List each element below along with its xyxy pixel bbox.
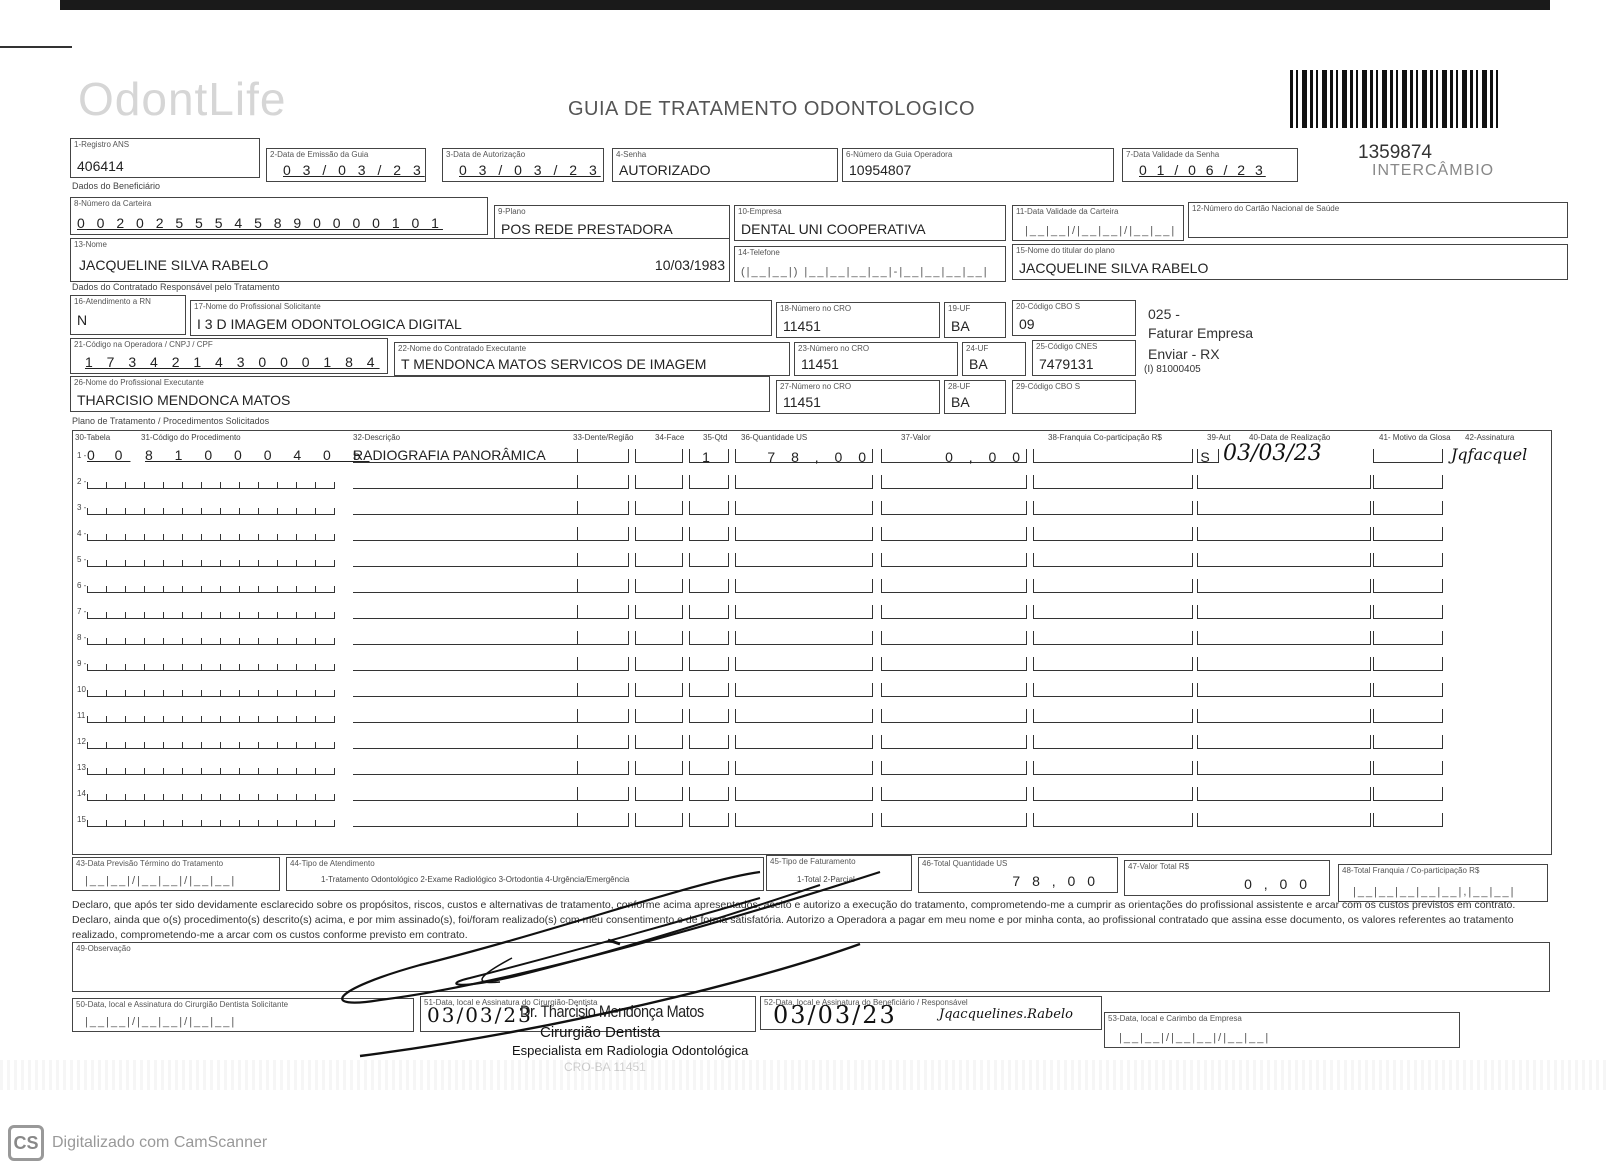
col-header: 37-Valor — [901, 433, 931, 442]
camscanner-footer: CS Digitalizado com CamScanner — [8, 1124, 267, 1162]
field-tipo-atendimento: 44-Tipo de Atendimento 1-Tratamento Odon… — [286, 857, 764, 891]
date-cells — [1197, 709, 1371, 723]
face — [635, 657, 683, 671]
procedure-description — [353, 603, 581, 619]
date-cells — [1197, 501, 1371, 515]
procedure-row: 5 - — [73, 547, 1553, 573]
col-header: 30-Tabela — [75, 433, 110, 442]
col-header: 32-Descrição — [353, 433, 400, 442]
field-label: 18-Número no CRO — [780, 304, 851, 313]
field-value: N — [77, 312, 87, 328]
face — [635, 475, 683, 489]
franchise-cells — [1033, 709, 1193, 723]
date-cells — [1197, 735, 1371, 749]
tooth-region — [577, 579, 629, 593]
side-note-send: Enviar - RX — [1148, 346, 1220, 362]
row-number: 13 — [77, 763, 86, 772]
tooth-region — [577, 605, 629, 619]
field-data-emissao: 2-Data de Emissão da Guia 0 3 / 0 3 / 2 … — [266, 148, 426, 182]
franchise-cells — [1033, 553, 1193, 567]
code-cells — [87, 631, 335, 645]
section-contratado: Dados do Contratado Responsável pelo Tra… — [72, 282, 280, 292]
tooth-region — [577, 813, 629, 827]
face — [635, 683, 683, 697]
procedure-description — [353, 629, 581, 645]
field-label: 23-Número no CRO — [798, 344, 869, 353]
date-cells — [1197, 527, 1371, 541]
quantity-us-cells — [735, 527, 873, 541]
row-number: 1 - — [77, 451, 86, 460]
side-note-procedure-code: (I) 81000405 — [1144, 364, 1201, 375]
date-cells — [1197, 579, 1371, 593]
procedure-description — [353, 707, 581, 723]
field-label: 10-Empresa — [738, 207, 782, 216]
field-cro-profissional: 27-Número no CRO 11451 — [776, 380, 940, 414]
procedure-description — [353, 525, 581, 541]
value-cells — [881, 579, 1027, 593]
gloss-cells — [1373, 657, 1443, 671]
gloss-cells — [1373, 787, 1443, 801]
value-cells — [881, 553, 1027, 567]
quantity-us-cells — [735, 657, 873, 671]
face — [635, 709, 683, 723]
field-profissional-executante: 26-Nome do Profissional Executante THARC… — [70, 376, 770, 412]
value: 0 , 0 0 — [881, 449, 1027, 463]
beneficiary-date: 03/03/23 — [773, 1001, 897, 1029]
value-cells — [881, 605, 1027, 619]
quantity-cells — [689, 657, 729, 671]
field-observacao: 49-Observação — [72, 942, 1550, 992]
field-label: 9-Plano — [498, 207, 526, 216]
quantity-us-cells — [735, 813, 873, 827]
code-cells — [87, 501, 335, 515]
procedures-table: 30-Tabela 31-Código do Procedimento 32-D… — [72, 430, 1552, 855]
field-titular-plano: 15-Nome do titular do plano JACQUELINE S… — [1012, 244, 1568, 280]
field-label: 11-Data Validade da Carteira — [1016, 207, 1118, 216]
field-value: |__|__|/|__|__|/|__|__| — [1025, 225, 1176, 237]
barcode — [1290, 70, 1500, 128]
franchise-cells — [1033, 501, 1193, 515]
date-cells — [1197, 605, 1371, 619]
gloss-reason — [1373, 449, 1443, 463]
field-label: 25-Código CNES — [1036, 342, 1097, 351]
col-header: 35-Qtd — [703, 433, 727, 442]
value-cells — [881, 735, 1027, 749]
procedure-row: 4 - — [73, 521, 1553, 547]
value-cells — [881, 657, 1027, 671]
quantity-us-cells — [735, 761, 873, 775]
code-cells — [87, 553, 335, 567]
gloss-cells — [1373, 683, 1443, 697]
field-value: I 3 D IMAGEM ODONTOLOGICA DIGITAL — [197, 316, 462, 332]
row-number: 5 - — [77, 555, 86, 564]
field-value: BA — [951, 394, 970, 410]
field-label: 13-Nome — [74, 240, 107, 249]
procedure-row: 6 - — [73, 573, 1553, 599]
face — [635, 527, 683, 541]
field-label: 1-Registro ANS — [74, 140, 129, 149]
beneficiary-signature: Jqacquelines.Rabelo — [939, 1007, 1073, 1022]
tooth-region — [577, 631, 629, 645]
value-cells — [881, 683, 1027, 697]
field-assinatura-beneficiario: 52-Data, local e Assinatura do Beneficiá… — [760, 996, 1102, 1030]
value-cells — [881, 501, 1027, 515]
field-carimbo-empresa: 53-Data, local e Carimbo da Empresa |__|… — [1104, 1012, 1460, 1048]
code-cells — [87, 709, 335, 723]
value-cells — [881, 761, 1027, 775]
scan-noise — [0, 1060, 1608, 1090]
gloss-cells — [1373, 553, 1443, 567]
field-validade-carteira: 11-Data Validade da Carteira |__|__|/|__… — [1012, 205, 1184, 241]
field-numero-guia: 6-Número da Guia Operadora 10954807 — [842, 148, 1114, 182]
field-cro-executante: 23-Número no CRO 11451 — [794, 342, 958, 376]
field-label: 14-Telefone — [738, 248, 780, 257]
field-label: 50-Data, local e Assinatura do Cirurgião… — [76, 1000, 288, 1009]
value-cells — [881, 709, 1027, 723]
quantity-us-cells — [735, 683, 873, 697]
field-label: 46-Total Quantidade US — [922, 859, 1007, 868]
field-label: 28-UF — [948, 382, 970, 391]
field-cartao-nacional-saude: 12-Número do Cartão Nacional de Saúde — [1188, 202, 1568, 238]
code-cells — [87, 579, 335, 593]
field-registro-ans: 1-Registro ANS 406414 — [70, 138, 260, 178]
date-cells — [1197, 761, 1371, 775]
field-value: |__|__|/|__|__|/|__|__| — [1119, 1032, 1270, 1044]
field-label: 8-Número da Carteira — [74, 199, 151, 208]
field-label: 26-Nome do Profissional Executante — [74, 378, 204, 387]
row-number: 11 — [77, 711, 85, 720]
stamp-dentist-name: Dr. Tharcisio Mendonça Matos — [520, 1002, 704, 1022]
franchise-cells — [1033, 813, 1193, 827]
field-total-quantidade-us: 46-Total Quantidade US 7 8 , 0 0 — [918, 857, 1118, 893]
field-uf-executante: 24-UF BA — [962, 342, 1026, 376]
face — [635, 501, 683, 515]
field-value: JACQUELINE SILVA RABELO — [79, 257, 268, 273]
col-header: 36-Quantidade US — [741, 433, 807, 442]
quantity-cells — [689, 605, 729, 619]
date-cells — [1197, 787, 1371, 801]
field-label: 21-Código na Operadora / CNPJ / CPF — [74, 340, 213, 349]
quantity-us-cells — [735, 787, 873, 801]
authorized: S — [1197, 449, 1219, 463]
field-profissional-solicitante: 17-Nome do Profissional Solicitante I 3 … — [190, 300, 772, 336]
guide-type: INTERCÂMBIO — [1372, 162, 1494, 180]
value-cells — [881, 813, 1027, 827]
franchise-cells — [1033, 657, 1193, 671]
quantity-us-cells — [735, 709, 873, 723]
quantity-us-cells — [735, 553, 873, 567]
scan-mark — [0, 46, 72, 48]
tooth-region — [577, 657, 629, 671]
quantity-us-cells — [735, 475, 873, 489]
section-beneficiario: Dados do Beneficiário — [72, 181, 160, 191]
code-cells — [87, 683, 335, 697]
field-total-franquia: 48-Total Franquia / Co-participação R$ |… — [1338, 864, 1548, 902]
quantity-cells — [689, 501, 729, 515]
face — [635, 631, 683, 645]
quantity-us-cells — [735, 605, 873, 619]
field-value: BA — [969, 356, 988, 372]
field-value: 0 0 2 0 2 5 5 5 4 5 8 9 0 0 0 0 1 0 1 — [77, 215, 443, 231]
franchise-cells — [1033, 683, 1193, 697]
col-header: 42-Assinatura — [1465, 433, 1514, 442]
procedure-description — [353, 785, 581, 801]
procedure-row: 7 - — [73, 599, 1553, 625]
field-data-autorizacao: 3-Data de Autorização 0 3 / 0 3 / 2 3 — [442, 148, 604, 182]
field-value: 0 3 / 0 3 / 2 3 — [459, 162, 601, 178]
value-cells — [881, 631, 1027, 645]
document-title: GUIA DE TRATAMENTO ODONTOLOGICO — [568, 98, 975, 121]
field-value: AUTORIZADO — [619, 162, 711, 178]
quantity-us-cells — [735, 631, 873, 645]
row-number: 12 — [77, 737, 86, 746]
field-cro-solicitante: 18-Número no CRO 11451 — [776, 302, 940, 338]
field-label: 48-Total Franquia / Co-participação R$ — [1342, 866, 1479, 875]
table-code: 0 0 — [87, 447, 130, 463]
field-value: 10954807 — [849, 162, 911, 178]
quantity-us: 7 8 , 0 0 — [735, 449, 873, 463]
date-cells — [1197, 475, 1371, 489]
tooth-region — [577, 449, 629, 463]
procedure-row: 8 - — [73, 625, 1553, 651]
field-value: 7479131 — [1039, 356, 1094, 372]
field-previsao-termino: 43-Data Previsão Término do Tratamento |… — [72, 857, 280, 891]
procedure-row: 12 — [73, 729, 1553, 755]
franchise-cells — [1033, 631, 1193, 645]
procedure-description — [353, 577, 581, 593]
tooth-region — [577, 501, 629, 515]
field-label: 27-Número no CRO — [780, 382, 851, 391]
field-value: 406414 — [77, 158, 124, 174]
quantity-cells — [689, 631, 729, 645]
camscanner-logo-icon: CS — [8, 1125, 44, 1161]
field-label: 45-Tipo de Faturamento — [770, 857, 856, 866]
field-label: 6-Número da Guia Operadora — [846, 150, 952, 159]
field-senha: 4-Senha AUTORIZADO — [612, 148, 838, 182]
field-value: 1-Total 2-Parcial — [797, 875, 855, 884]
face — [635, 553, 683, 567]
field-label: 4-Senha — [616, 150, 646, 159]
realization-date: 03/03/23 — [1223, 441, 1322, 466]
quantity-cells — [689, 761, 729, 775]
tooth-region — [577, 553, 629, 567]
row-number: 15 — [77, 815, 86, 824]
field-label: 24-UF — [966, 344, 988, 353]
face — [635, 579, 683, 593]
field-value: 1-Tratamento Odontológico 2-Exame Radiol… — [321, 875, 629, 884]
field-plano: 9-Plano POS REDE PRESTADORA — [494, 205, 730, 241]
field-value: |__|__|/|__|__|/|__|__| — [85, 875, 236, 887]
field-label: 44-Tipo de Atendimento — [290, 859, 375, 868]
field-valor-total: 47-Valor Total R$ 0 , 0 0 — [1124, 860, 1330, 896]
procedure-row: 15 — [73, 807, 1553, 833]
gloss-cells — [1373, 527, 1443, 541]
field-value: 1 7 3 4 2 1 4 3 0 0 0 1 8 4 — [85, 354, 380, 370]
field-label: 49-Observação — [76, 944, 131, 953]
stamp-title: Cirurgião Dentista — [540, 1024, 660, 1041]
quantity-us-cells — [735, 501, 873, 515]
field-validade-senha: 7-Data Validade da Senha 0 1 / 0 6 / 2 3 — [1122, 148, 1298, 182]
franchise-cells — [1033, 761, 1193, 775]
field-value: 0 , 0 0 — [1244, 876, 1311, 892]
tooth-region — [577, 787, 629, 801]
tooth-region — [577, 735, 629, 749]
gloss-cells — [1373, 761, 1443, 775]
procedure-row: 9 - — [73, 651, 1553, 677]
row-number: 4 - — [77, 529, 86, 538]
franchise-cells — [1033, 787, 1193, 801]
field-label: 12-Número do Cartão Nacional de Saúde — [1192, 204, 1339, 213]
field-value: 09 — [1019, 316, 1035, 332]
face — [635, 605, 683, 619]
quantity: 1 — [689, 449, 729, 463]
date-cells — [1197, 553, 1371, 567]
field-uf-solicitante: 19-UF BA — [944, 302, 1006, 338]
camscanner-text: Digitalizado com CamScanner — [52, 1134, 267, 1152]
declaration-text: Declaro, que após ter sido devidamente e… — [72, 898, 1554, 943]
code-cells — [87, 787, 335, 801]
code-cells — [87, 761, 335, 775]
procedure-row: 13 — [73, 755, 1553, 781]
gloss-cells — [1373, 605, 1443, 619]
field-tipo-faturamento: 45-Tipo de Faturamento 1-Total 2-Parcial — [766, 855, 912, 891]
quantity-us-cells — [735, 579, 873, 593]
tooth-region — [577, 683, 629, 697]
field-value: |__|__|/|__|__|/|__|__| — [85, 1016, 236, 1028]
field-nome: 13-Nome JACQUELINE SILVA RABELO 10/03/19… — [70, 238, 730, 282]
date-cells — [1197, 683, 1371, 697]
franchise-cells — [1033, 605, 1193, 619]
col-header: 41- Motivo da Glosa — [1379, 433, 1451, 442]
field-value: T MENDONCA MATOS SERVICOS DE IMAGEM — [401, 356, 706, 372]
row-number: 9 - — [77, 659, 86, 668]
field-label: 43-Data Previsão Término do Tratamento — [76, 859, 223, 868]
tooth-region — [577, 475, 629, 489]
col-header: 33-Dente/Região — [573, 433, 633, 442]
franchise-cells — [1033, 527, 1193, 541]
field-value: 11451 — [783, 394, 821, 410]
date-cells — [1197, 813, 1371, 827]
field-value: THARCISIO MENDONCA MATOS — [77, 392, 290, 408]
row-number: 3 - — [77, 503, 86, 512]
procedure-row: 2 - — [73, 469, 1553, 495]
field-label: 2-Data de Emissão da Guia — [270, 150, 368, 159]
row-number: 10 — [77, 685, 86, 694]
code-cells — [87, 527, 335, 541]
field-numero-carteira: 8-Número da Carteira 0 0 2 0 2 5 5 5 4 5… — [70, 197, 488, 235]
field-label: 15-Nome do titular do plano — [1016, 246, 1115, 255]
side-note-billing: Faturar Empresa — [1148, 325, 1253, 341]
field-value: 11451 — [783, 318, 821, 334]
field-value: POS REDE PRESTADORA — [501, 221, 673, 237]
date-cells — [1197, 631, 1371, 645]
field-label: 53-Data, local e Carimbo da Empresa — [1108, 1014, 1242, 1023]
procedure-description: RADIOGRAFIA PANORÂMICA — [353, 447, 581, 463]
field-uf-profissional: 28-UF BA — [944, 380, 1006, 414]
quantity-cells — [689, 787, 729, 801]
field-contratado-executante: 22-Nome do Contratado Executante T MENDO… — [394, 342, 790, 376]
face — [635, 761, 683, 775]
field-value: 0 3 / 0 3 / 2 3 — [283, 162, 425, 178]
gloss-cells — [1373, 579, 1443, 593]
tooth-region — [577, 709, 629, 723]
code-cells — [87, 735, 335, 749]
franchise-cells — [1033, 735, 1193, 749]
face — [635, 813, 683, 827]
procedure-description — [353, 811, 581, 827]
field-label: 7-Data Validade da Senha — [1126, 150, 1219, 159]
row-signature: Jqfacquel — [1451, 445, 1527, 464]
value-cells — [881, 475, 1027, 489]
quantity-cells — [689, 735, 729, 749]
franchise-cells — [1033, 579, 1193, 593]
franchise — [1033, 449, 1193, 463]
quantity-cells — [689, 579, 729, 593]
gloss-cells — [1373, 631, 1443, 645]
guide-number: 1359874 — [1358, 142, 1432, 164]
field-label: 47-Valor Total R$ — [1128, 862, 1189, 871]
col-header: 31-Código do Procedimento — [141, 433, 241, 442]
gloss-cells — [1373, 501, 1443, 515]
field-label: 16-Atendimento a RN — [74, 297, 151, 306]
quantity-cells — [689, 813, 729, 827]
row-number: 2 - — [77, 477, 86, 486]
scan-top-edge — [60, 0, 1550, 10]
field-empresa: 10-Empresa DENTAL UNI COOPERATIVA — [734, 205, 1006, 241]
code-cells — [87, 657, 335, 671]
franchise-cells — [1033, 475, 1193, 489]
field-label: 29-Código CBO S — [1016, 382, 1080, 391]
gloss-cells — [1373, 813, 1443, 827]
quantity-cells — [689, 475, 729, 489]
code-cells — [87, 475, 335, 489]
tooth-region — [577, 761, 629, 775]
field-value: JACQUELINE SILVA RABELO — [1019, 260, 1208, 276]
value-cells — [881, 527, 1027, 541]
operator-logo: OdontLife — [78, 72, 286, 126]
field-label: 17-Nome do Profissional Solicitante — [194, 302, 321, 311]
procedure-description — [353, 655, 581, 671]
field-value: 0 1 / 0 6 / 2 3 — [1139, 162, 1266, 178]
field-value: (|__|__|) |__|__|__|__|-|__|__|__|__| — [741, 266, 989, 278]
field-cbo-solicitante: 20-Código CBO S 09 — [1012, 300, 1136, 336]
col-header: 34-Face — [655, 433, 684, 442]
procedure-row: 10 — [73, 677, 1553, 703]
row-number: 8 - — [77, 633, 86, 642]
field-value: BA — [951, 318, 970, 334]
field-value: |__|__|__|__|__|,|__|__| — [1353, 886, 1515, 898]
quantity-cells — [689, 683, 729, 697]
birth-date: 10/03/1983 — [655, 257, 725, 273]
procedure-description — [353, 733, 581, 749]
field-value: 7 8 , 0 0 — [1012, 873, 1099, 889]
procedure-description — [353, 759, 581, 775]
code-cells — [87, 813, 335, 827]
face — [635, 787, 683, 801]
side-note-code: 025 - — [1148, 306, 1180, 322]
field-value: 11451 — [801, 356, 839, 372]
col-header: 38-Franquia Co-participação R$ — [1048, 433, 1162, 442]
quantity-cells — [689, 553, 729, 567]
procedure-row: 11 — [73, 703, 1553, 729]
procedure-row: 3 - — [73, 495, 1553, 521]
section-plano: Plano de Tratamento / Procedimentos Soli… — [72, 416, 269, 426]
quantity-cells — [689, 709, 729, 723]
row-number: 7 - — [77, 607, 86, 616]
row-number: 14 — [77, 789, 86, 798]
procedure-description — [353, 473, 581, 489]
dentist-date: 03/03/23 — [427, 1003, 533, 1027]
